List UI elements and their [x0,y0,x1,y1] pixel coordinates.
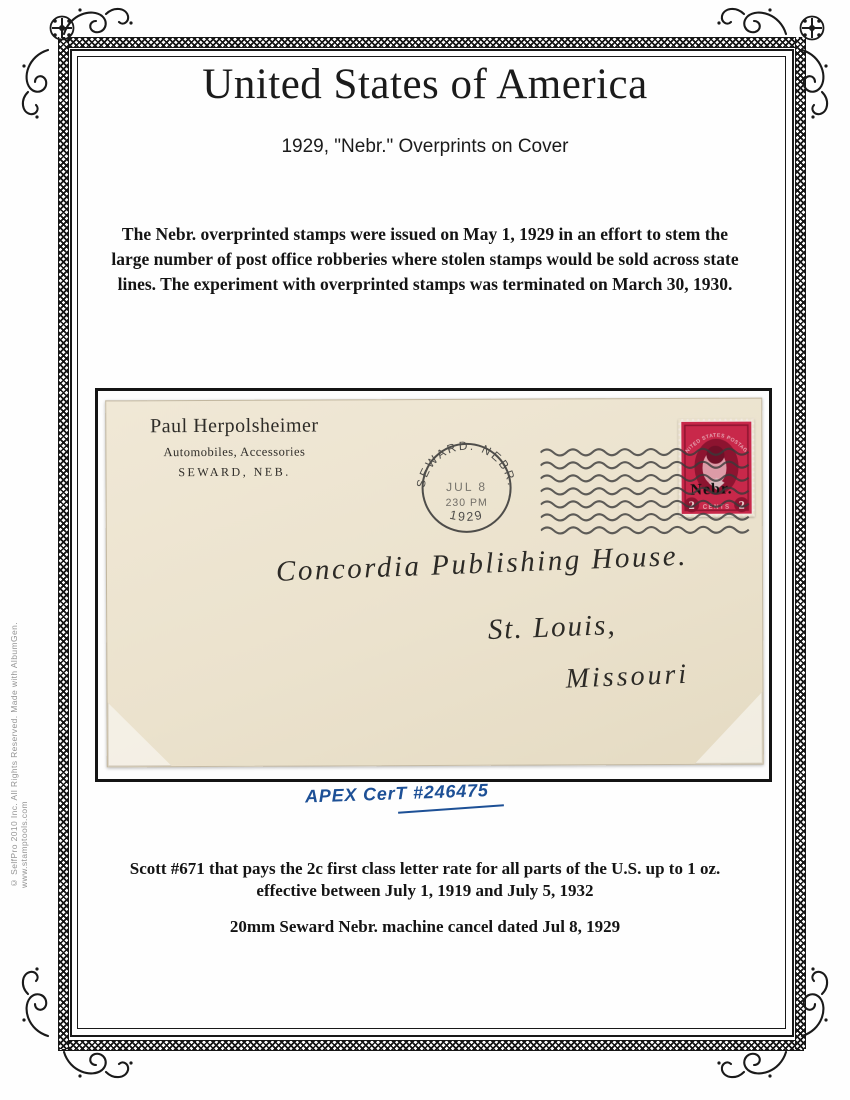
return-address-name: Paul Herpolsheimer [114,414,354,438]
machine-cancel-waves [540,446,758,539]
copyright-vertical-text: © SelfPro 2010 Inc. All Rights Reserved.… [9,552,29,888]
caption-rate: Scott #671 that pays the 2c first class … [75,858,775,902]
postmark-date: JUL 8 [446,480,487,494]
corner-flourish-icon [14,966,134,1086]
caption-rate-line2: effective between July 1, 1919 and July … [75,880,775,902]
caption-cancel: 20mm Seward Nebr. machine cancel dated J… [75,916,775,938]
mount-corner-left [108,702,172,766]
postmark-circle: SEWARD. NEBR. JUL 8 230 PM 1929 [411,433,521,543]
border-band-top [58,37,804,48]
corner-flourish-icon [716,966,836,1086]
address-line-city: St. Louis, [462,608,643,648]
border-band-left [58,37,69,1049]
caption-rate-line1: Scott #671 that pays the 2c first class … [75,858,775,880]
border-band-bottom [58,1040,804,1051]
address-line-state: Missouri [542,658,713,697]
corner-rosette-icon [44,10,80,46]
album-page: © SelfPro 2010 Inc. All Rights Reserved.… [0,0,850,1100]
postmark-year: 1929 [448,508,485,525]
envelope: Paul Herpolsheimer Automobiles, Accessor… [105,398,764,768]
return-address-city: SEWARD, NEB. [114,464,354,480]
corner-rosette-icon [794,10,830,46]
address-line-recipient: Concordia Publishing House. [236,538,727,590]
return-address: Paul Herpolsheimer Automobiles, Accessor… [114,414,354,480]
intro-paragraph: The Nebr. overprinted stamps were issued… [105,222,745,297]
page-title: United States of America [0,60,850,109]
return-address-business: Automobiles, Accessories [114,444,354,460]
page-subtitle: 1929, "Nebr." Overprints on Cover [0,136,850,158]
cover-photo-frame: Paul Herpolsheimer Automobiles, Accessor… [95,388,772,782]
svg-text:1929: 1929 [448,508,485,525]
border-band-right [795,37,806,1049]
mount-corner-right [694,692,762,764]
postmark-time: 230 PM [446,497,488,509]
